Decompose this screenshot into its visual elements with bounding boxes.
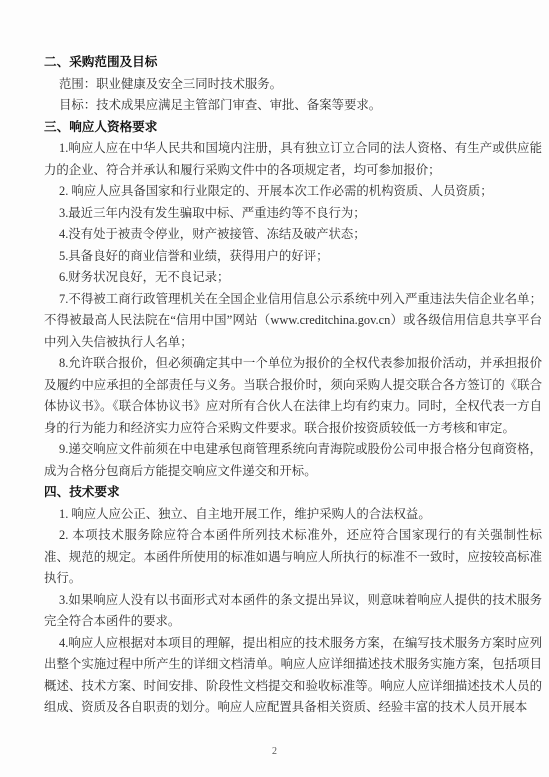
- page-footer: 2: [0, 745, 549, 759]
- qualification-item-3: 3.最近三年内没有发生骗取中标、严重违约等不良行为；: [44, 203, 542, 225]
- qualification-item-5: 5.具备良好的商业信誉和业绩，获得用户的好评；: [44, 246, 542, 268]
- page-number: 2: [272, 746, 277, 757]
- heading-bidder-qualifications: 三、响应人资格要求: [44, 117, 542, 139]
- qualification-item-9: 9.递交响应文件前须在中电建承包商管理系统向青海院或股份公司申报合格分包商资格，…: [44, 439, 542, 482]
- tech-requirement-3: 3.如果响应人没有以书面形式对本函件的条文提出异议，则意味着响应人提供的技术服务…: [44, 590, 542, 633]
- tech-requirement-4: 4.响应人应根据对本项目的理解，提出相应的技术服务方案，在编写技术服务方案时应列…: [44, 633, 542, 719]
- heading-procurement-scope: 二、采购范围及目标: [44, 52, 542, 74]
- qualification-item-8: 8.允许联合报价，但必须确定其中一个单位为报价的全权代表参加报价活动，并承担报价…: [44, 353, 542, 439]
- qualification-item-4: 4.没有处于被责令停业，财产被接管、冻结及破产状态；: [44, 224, 542, 246]
- heading-technical-requirements: 四、技术要求: [44, 482, 542, 504]
- qualification-item-1: 1.响应人应在中华人民共和国境内注册，具有独立订立合同的法人资格、有生产或供应能…: [44, 138, 542, 181]
- para-scope: 范围：职业健康及安全三同时技术服务。: [44, 74, 542, 96]
- qualification-item-2: 2. 响应人应具备国家和行业限定的、开展本次工作必需的机构资质、人员资质；: [44, 181, 542, 203]
- qualification-item-7: 7.不得被工商行政管理机关在全国企业信用信息公示系统中列入严重违法失信企业名单；…: [44, 289, 542, 354]
- document-content: 二、采购范围及目标 范围：职业健康及安全三同时技术服务。 目标：技术成果应满足主…: [44, 52, 542, 719]
- tech-requirement-2: 2. 本项技术服务除应符合本函件所列技术标准外，还应符合国家现行的有关强制性标准…: [44, 525, 542, 590]
- tech-requirement-1: 1. 响应人应公正、独立、自主地开展工作，维护采购人的合法权益。: [44, 504, 542, 526]
- document-page: 二、采购范围及目标 范围：职业健康及安全三同时技术服务。 目标：技术成果应满足主…: [0, 0, 549, 777]
- para-goal: 目标：技术成果应满足主管部门审查、审批、备案等要求。: [44, 95, 542, 117]
- qualification-item-6: 6.财务状况良好，无不良记录；: [44, 267, 542, 289]
